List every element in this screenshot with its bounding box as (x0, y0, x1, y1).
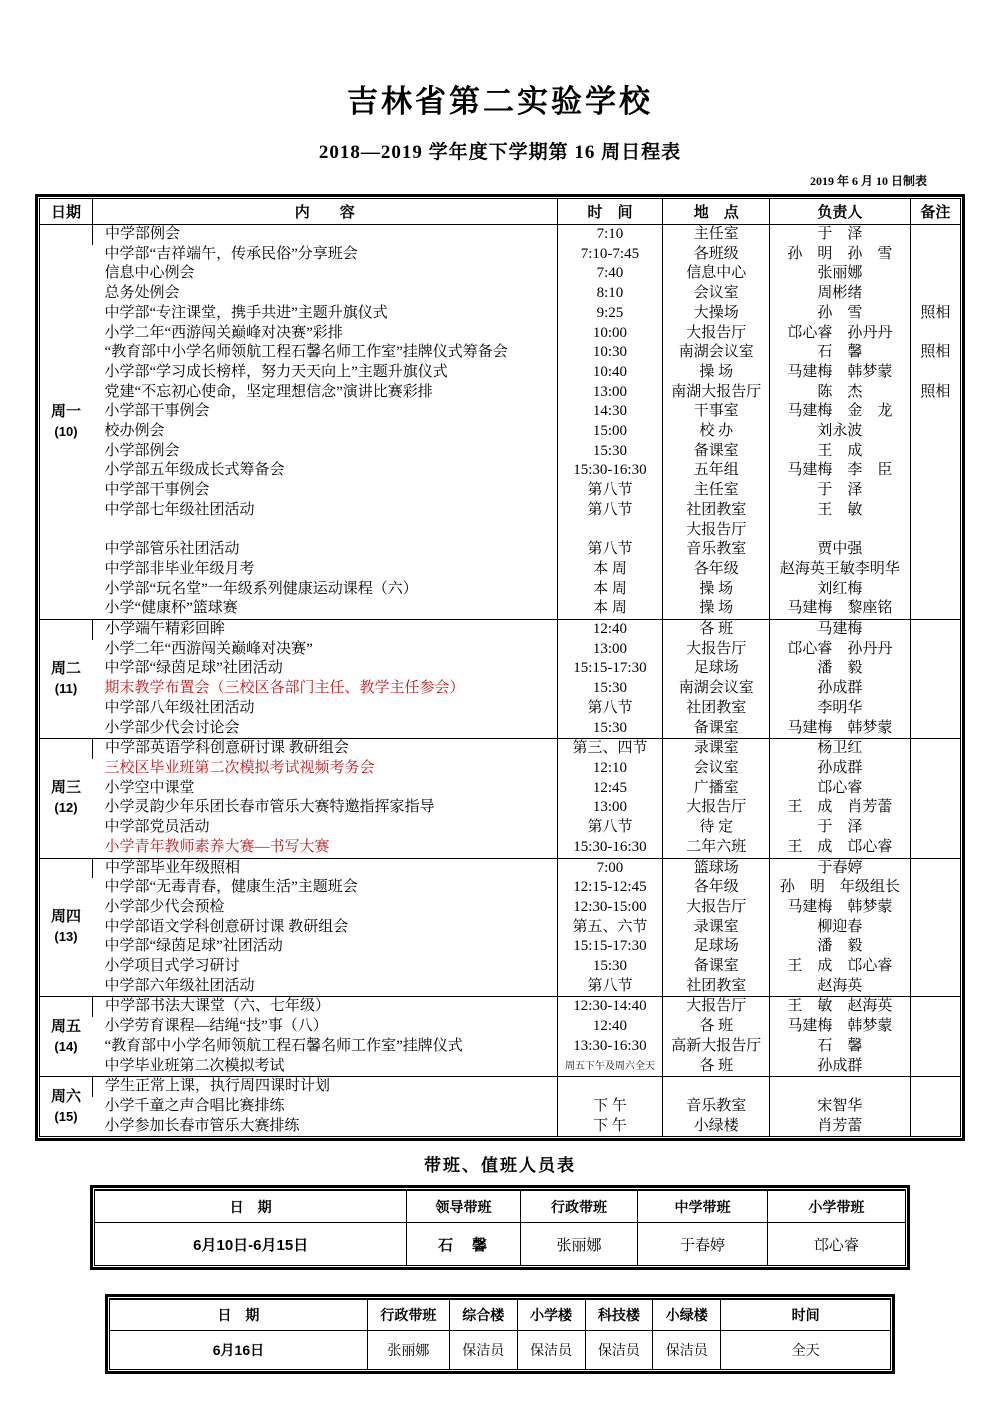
time-cell: 13:30-16:30 (557, 1037, 663, 1057)
note-cell (910, 818, 960, 838)
place-cell: 音乐教室 (663, 1097, 770, 1117)
place-cell: 干事室 (663, 402, 770, 422)
schedule-subtitle: 2018—2019 学年度下学期第 16 周日程表 (0, 137, 1000, 164)
content-cell: 中学部管乐社团活动 (92, 540, 557, 560)
place-cell: 校 办 (663, 422, 770, 442)
content-cell: 学生正常上课，执行周四课时计划 (92, 1077, 557, 1097)
day-cell: 周五(14) (40, 997, 92, 1077)
place-cell: 大报告厅 (663, 324, 770, 344)
place-cell: 大报告厅 (663, 898, 770, 918)
day-group: 周四(13)中学部毕业年级照相7:00篮球场于春婷中学部“无毒青春，健康生活”主… (40, 858, 960, 997)
note-cell (910, 1077, 960, 1097)
time-cell: 第八节 (557, 977, 663, 997)
column-header: 科技楼 (585, 1300, 653, 1331)
day-label: 周六 (40, 1087, 92, 1107)
column-header: 负责人 (770, 199, 911, 225)
day-group: 周二(11)小学端午精彩回眸12:40各 班马建梅小学二年“西游闯关巅峰对决赛”… (40, 620, 960, 739)
place-cell: 各 班 (663, 1057, 770, 1077)
note-cell (910, 461, 960, 481)
content-cell: 中学部例会 (92, 225, 557, 245)
time-cell: 本 周 (557, 599, 663, 619)
content-cell: 小学部五年级成长式筹备会 (92, 461, 557, 481)
place-cell: 会议室 (663, 284, 770, 304)
person-cell: 王 成 邙心睿 (770, 838, 911, 858)
note-cell (910, 599, 960, 619)
time-cell: 第八节 (557, 699, 663, 719)
person-cell: 刘红梅 (770, 580, 911, 600)
schedule-row: 小学“健康杯”篮球赛本 周操 场马建梅 黎座铭 (40, 599, 960, 619)
schedule-row: 小学部“学习成长榜样，努力天天向上”主题升旗仪式10:40操 场马建梅 韩梦蒙 (40, 363, 960, 383)
column-header: 时间 (721, 1300, 890, 1331)
time-cell: 15:30 (557, 679, 663, 699)
schedule-row: 中学部“无毒青春，健康生活”主题班会12:15-12:45各年级孙 明 年级组长 (40, 878, 960, 898)
note-cell (910, 540, 960, 560)
schedule-row: 总务处例会8:10会议室周彬绪 (40, 284, 960, 304)
schedule-row: 周三(12)中学部英语学科创意研讨课 教研组会第三、四节录课室杨卫红 (40, 739, 960, 759)
place-cell: 足球场 (663, 659, 770, 679)
schedule-row: 周四(13)中学部毕业年级照相7:00篮球场于春婷 (40, 858, 960, 878)
day-cell: 周三(12) (40, 739, 92, 858)
person-cell: 于 泽 (770, 225, 911, 245)
note-cell (910, 679, 960, 699)
person-cell: 马建梅 黎座铭 (770, 599, 911, 619)
content-cell (92, 521, 557, 541)
duty-cell: 于春婷 (638, 1223, 768, 1266)
person-cell: 邙心睿 孙丹丹 (770, 640, 911, 660)
schedule-row: 信息中心例会7:40信息中心张丽娜 (40, 264, 960, 284)
content-cell: 小学参加长春市管乐大赛排练 (92, 1117, 557, 1137)
schedule-row: “教育部中小学名师领航工程石馨名师工作室”挂牌仪式13:30-16:30高新大报… (40, 1037, 960, 1057)
place-cell: 音乐教室 (663, 540, 770, 560)
note-cell (910, 1097, 960, 1117)
content-cell: 中学毕业班第二次模拟考试 (92, 1057, 557, 1077)
schedule-row: 大报告厅 (40, 521, 960, 541)
schedule-row: 党建“不忘初心使命，坚定理想信念”演讲比赛彩排13:00南湖大报告厅陈 杰照相 (40, 383, 960, 403)
schedule-row: 中学部管乐社团活动第八节音乐教室贾中强 (40, 540, 960, 560)
schedule-row: 周六(15)学生正常上课，执行周四课时计划 (40, 1077, 960, 1097)
column-header: 行政带班 (520, 1191, 637, 1223)
schedule-row: 小学部五年级成长式筹备会15:30-16:30五年组马建梅 李 臣 (40, 461, 960, 481)
place-cell: 南湖会议室 (663, 679, 770, 699)
content-cell: 中学部“吉祥端午，传承民俗”分享班会 (92, 245, 557, 265)
duty-cell: 保洁员 (517, 1331, 585, 1370)
schedule-row: 小学二年“西游闯关巅峰对决赛”彩排10:00大报告厅邙心睿 孙丹丹 (40, 324, 960, 344)
time-cell: 本 周 (557, 580, 663, 600)
duty-cell: 石 馨 (407, 1223, 520, 1266)
time-cell: 7:10-7:45 (557, 245, 663, 265)
day-cell: 周二(11) (40, 620, 92, 739)
duty-data-row: 6月10日-6月15日石 馨张丽娜于春婷邙心睿 (95, 1223, 905, 1266)
time-cell: 第八节 (557, 481, 663, 501)
place-cell: 足球场 (663, 937, 770, 957)
time-cell: 10:30 (557, 343, 663, 363)
time-cell: 13:00 (557, 798, 663, 818)
column-header: 内 容 (92, 199, 557, 225)
day-label: 周三 (40, 778, 92, 798)
note-cell (910, 719, 960, 739)
place-cell: 录课室 (663, 739, 770, 759)
note-cell (910, 442, 960, 462)
duty-header-row: 日 期领导带班行政带班中学带班小学带班 (95, 1191, 905, 1223)
content-cell: 中学部八年级社团活动 (92, 699, 557, 719)
place-cell: 备课室 (663, 719, 770, 739)
column-header: 小学楼 (517, 1300, 585, 1331)
place-cell: 社团教室 (663, 501, 770, 521)
compile-date-note: 2019 年 6 月 10 日制表 (35, 172, 965, 189)
note-cell (910, 1037, 960, 1057)
place-cell: 各 班 (663, 1017, 770, 1037)
time-cell: 第八节 (557, 501, 663, 521)
day-group: 周五(14)中学部书法大课堂（六、七年级）12:30-14:40大报告厅王 敏 … (40, 997, 960, 1077)
time-cell: 15:30 (557, 957, 663, 977)
content-cell: 中学部语文学科创意研讨课 教研组会 (92, 918, 557, 938)
schedule-row: 小学千童之声合唱比赛排练下 午音乐教室宋智华 (40, 1097, 960, 1117)
place-cell: 社团教室 (663, 699, 770, 719)
content-cell: 期末教学布置会（三校区各部门主任、教学主任参会） (92, 679, 557, 699)
note-cell (910, 1017, 960, 1037)
time-cell: 15:30 (557, 442, 663, 462)
place-cell: 会议室 (663, 759, 770, 779)
time-cell: 10:40 (557, 363, 663, 383)
note-cell (910, 918, 960, 938)
content-cell: 小学空中课堂 (92, 779, 557, 799)
column-header: 小学带班 (767, 1191, 905, 1223)
person-cell: 肖芳蕾 (770, 1117, 911, 1137)
person-cell: 王 成 (770, 442, 911, 462)
time-cell: 7:00 (557, 858, 663, 878)
note-cell: 照相 (910, 343, 960, 363)
column-header: 日 期 (95, 1191, 407, 1223)
content-cell: 中学部毕业年级照相 (92, 858, 557, 878)
content-cell: 小学劳育课程—结绳“技”事（八） (92, 1017, 557, 1037)
person-cell: 周彬绪 (770, 284, 911, 304)
note-cell (910, 481, 960, 501)
person-cell: 于 泽 (770, 481, 911, 501)
schedule-row: 周五(14)中学部书法大课堂（六、七年级）12:30-14:40大报告厅王 敏 … (40, 997, 960, 1017)
time-cell: 12:30-14:40 (557, 997, 663, 1017)
content-cell: 中学部“专注课堂，携手共进”主题升旗仪式 (92, 304, 557, 324)
content-cell: 中学部六年级社团活动 (92, 977, 557, 997)
time-cell: 9:25 (557, 304, 663, 324)
note-cell: 照相 (910, 304, 960, 324)
person-cell: 马建梅 韩梦蒙 (770, 1017, 911, 1037)
schedule-row: 中学部非毕业年级月考本 周各年级赵海英王敏李明华 (40, 560, 960, 580)
day-label: 周五 (40, 1017, 92, 1037)
column-header: 日期 (40, 199, 92, 225)
person-cell: 马建梅 李 臣 (770, 461, 911, 481)
day-label: 周二 (40, 659, 92, 679)
place-cell: 篮球场 (663, 858, 770, 878)
person-cell (770, 1077, 911, 1097)
note-cell (910, 779, 960, 799)
note-cell (910, 225, 960, 245)
content-cell: 中学部非毕业年级月考 (92, 560, 557, 580)
place-cell: 各班级 (663, 245, 770, 265)
time-cell: 7:40 (557, 264, 663, 284)
place-cell: 大报告厅 (663, 521, 770, 541)
column-header: 行政带班 (367, 1300, 449, 1331)
person-cell: 刘永波 (770, 422, 911, 442)
place-cell: 小绿楼 (663, 1117, 770, 1137)
duty-cell: 保洁员 (449, 1331, 517, 1370)
schedule-row: 中学部六年级社团活动第八节社团教室赵海英 (40, 977, 960, 997)
note-cell (910, 977, 960, 997)
duty-table-title: 带班、值班人员表 (0, 1151, 1000, 1176)
place-cell (663, 1077, 770, 1097)
person-cell: 马建梅 韩梦蒙 (770, 363, 911, 383)
time-cell: 12:30-15:00 (557, 898, 663, 918)
note-cell (910, 898, 960, 918)
place-cell: 录课室 (663, 918, 770, 938)
time-cell: 周五下午及周六全天 (557, 1057, 663, 1077)
time-cell: 本 周 (557, 560, 663, 580)
place-cell: 主任室 (663, 225, 770, 245)
person-cell: 于春婷 (770, 858, 911, 878)
content-cell: 三校区毕业班第二次模拟考试视频考务会 (92, 759, 557, 779)
schedule-row: 小学部少代会讨论会15:30备课室马建梅 韩梦蒙 (40, 719, 960, 739)
time-cell: 13:00 (557, 383, 663, 403)
place-cell: 南湖会议室 (663, 343, 770, 363)
note-cell (910, 699, 960, 719)
duty-cell: 保洁员 (585, 1331, 653, 1370)
column-header: 领导带班 (407, 1191, 520, 1223)
note-cell (910, 640, 960, 660)
schedule-row: 中学部干事例会第八节主任室于 泽 (40, 481, 960, 501)
person-cell: 孙 雪 (770, 304, 911, 324)
schedule-row: 期末教学布置会（三校区各部门主任、教学主任参会）15:30南湖会议室孙成群 (40, 679, 960, 699)
place-cell: 各 班 (663, 620, 770, 640)
person-cell: 孙成群 (770, 1057, 911, 1077)
person-cell: 马建梅 韩梦蒙 (770, 719, 911, 739)
note-cell (910, 937, 960, 957)
schedule-row: 小学空中课堂12:45广播室邙心睿 (40, 779, 960, 799)
content-cell: 小学部“玩名堂”一年级系列健康运动课程（六） (92, 580, 557, 600)
duty-cell: 保洁员 (653, 1331, 721, 1370)
school-title: 吉林省第二实验学校 (0, 0, 1000, 121)
place-cell: 大报告厅 (663, 997, 770, 1017)
content-cell: 党建“不忘初心使命，坚定理想信念”演讲比赛彩排 (92, 383, 557, 403)
schedule-row: 小学部干事例会14:30干事室马建梅 金 龙 (40, 402, 960, 422)
schedule-row: 中学部党员活动第八节待 定于 泽 (40, 818, 960, 838)
time-cell (557, 521, 663, 541)
schedule-row: 中学部七年级社团活动第八节社团教室王 敏 (40, 501, 960, 521)
note-cell (910, 1117, 960, 1137)
schedule-row: 小学参加长春市管乐大赛排练下 午小绿楼肖芳蕾 (40, 1117, 960, 1137)
place-cell: 南湖大报告厅 (663, 383, 770, 403)
day-group: 周六(15)学生正常上课，执行周四课时计划小学千童之声合唱比赛排练下 午音乐教室… (40, 1077, 960, 1137)
content-cell: 小学“健康杯”篮球赛 (92, 599, 557, 619)
time-cell: 下 午 (557, 1117, 663, 1137)
time-cell: 15:30-16:30 (557, 461, 663, 481)
content-cell: 小学青年教师素养大赛—书写大赛 (92, 838, 557, 858)
time-cell: 第八节 (557, 818, 663, 838)
person-cell: 王 敏 赵海英 (770, 997, 911, 1017)
time-cell: 15:30-16:30 (557, 838, 663, 858)
time-cell: 7:10 (557, 225, 663, 245)
content-cell: 中学部“无毒青春，健康生活”主题班会 (92, 878, 557, 898)
day-cell: 周四(13) (40, 858, 92, 997)
duty-header-row: 日 期行政带班综合楼小学楼科技楼小绿楼时间 (110, 1300, 890, 1331)
time-cell: 15:00 (557, 422, 663, 442)
content-cell: 小学灵韵少年乐团长春市管乐大赛特邀指挥家指导 (92, 798, 557, 818)
note-cell (910, 878, 960, 898)
weekly-schedule-section: 日期内 容时 间地 点负责人备注周一(10)中学部例会7:10主任室于 泽中学部… (35, 194, 965, 1141)
place-cell: 操 场 (663, 599, 770, 619)
document-page: 吉林省第二实验学校 2018—2019 学年度下学期第 16 周日程表 2019… (0, 0, 1000, 1414)
person-cell: 张丽娜 (770, 264, 911, 284)
schedule-row: 小学部少代会预检12:30-15:00大报告厅马建梅 韩梦蒙 (40, 898, 960, 918)
day-group: 周三(12)中学部英语学科创意研讨课 教研组会第三、四节录课室杨卫红三校区毕业班… (40, 739, 960, 858)
content-cell: “教育部中小学名师领航工程石馨名师工作室”挂牌仪式筹备会 (92, 343, 557, 363)
day-number: (12) (40, 798, 92, 818)
person-cell: 石 馨 (770, 1037, 911, 1057)
note-cell (910, 245, 960, 265)
duty-section-weekend: 日 期行政带班综合楼小学楼科技楼小绿楼时间6月16日张丽娜保洁员保洁员保洁员保洁… (105, 1294, 895, 1374)
time-cell (557, 1077, 663, 1097)
day-number: (15) (40, 1107, 92, 1127)
column-header: 综合楼 (449, 1300, 517, 1331)
schedule-row: 三校区毕业班第二次模拟考试视频考务会12:10会议室孙成群 (40, 759, 960, 779)
time-cell: 15:15-17:30 (557, 937, 663, 957)
place-cell: 各年级 (663, 560, 770, 580)
content-cell: 小学项目式学习研讨 (92, 957, 557, 977)
content-cell: 小学部例会 (92, 442, 557, 462)
person-cell: 孙成群 (770, 679, 911, 699)
person-cell: 潘 毅 (770, 659, 911, 679)
schedule-row: “教育部中小学名师领航工程石馨名师工作室”挂牌仪式筹备会10:30南湖会议室石 … (40, 343, 960, 363)
day-cell: 周六(15) (40, 1077, 92, 1137)
duty-table-1: 日 期领导带班行政带班中学带班小学带班6月10日-6月15日石 馨张丽娜于春婷邙… (95, 1190, 905, 1265)
time-cell: 12:40 (557, 620, 663, 640)
time-cell: 12:45 (557, 779, 663, 799)
schedule-row: 周一(10)中学部例会7:10主任室于 泽 (40, 225, 960, 245)
person-cell: 李明华 (770, 699, 911, 719)
note-cell (910, 759, 960, 779)
content-cell: 中学部英语学科创意研讨课 教研组会 (92, 739, 557, 759)
content-cell: 信息中心例会 (92, 264, 557, 284)
person-cell: 陈 杰 (770, 383, 911, 403)
place-cell: 大报告厅 (663, 798, 770, 818)
time-cell: 下 午 (557, 1097, 663, 1117)
person-cell: 王 成 肖芳蕾 (770, 798, 911, 818)
person-cell: 赵海英王敏李明华 (770, 560, 911, 580)
content-cell: 中学部书法大课堂（六、七年级） (92, 997, 557, 1017)
note-cell (910, 264, 960, 284)
place-cell: 备课室 (663, 957, 770, 977)
place-cell: 二年六班 (663, 838, 770, 858)
note-cell (910, 324, 960, 344)
duty-cell: 6月10日-6月15日 (95, 1223, 407, 1266)
time-cell: 12:10 (557, 759, 663, 779)
day-number: (10) (40, 422, 92, 442)
content-cell: 小学端午精彩回眸 (92, 620, 557, 640)
note-cell: 照相 (910, 383, 960, 403)
person-cell: 石 馨 (770, 343, 911, 363)
person-cell: 贾中强 (770, 540, 911, 560)
place-cell: 操 场 (663, 580, 770, 600)
duty-cell: 6月16日 (110, 1331, 367, 1370)
note-cell (910, 1057, 960, 1077)
note-cell (910, 284, 960, 304)
note-cell (910, 363, 960, 383)
day-group: 周一(10)中学部例会7:10主任室于 泽中学部“吉祥端午，传承民俗”分享班会7… (40, 225, 960, 620)
content-cell: 小学二年“西游闯关巅峰对决赛” (92, 640, 557, 660)
place-cell: 大操场 (663, 304, 770, 324)
content-cell: 小学二年“西游闯关巅峰对决赛”彩排 (92, 324, 557, 344)
duty-cell: 全天 (721, 1331, 890, 1370)
content-cell: 中学部干事例会 (92, 481, 557, 501)
column-header: 中学带班 (638, 1191, 768, 1223)
person-cell: 杨卫红 (770, 739, 911, 759)
person-cell: 宋智华 (770, 1097, 911, 1117)
duty-cell: 张丽娜 (520, 1223, 637, 1266)
content-cell: 小学部少代会讨论会 (92, 719, 557, 739)
schedule-row: 中学部八年级社团活动第八节社团教室李明华 (40, 699, 960, 719)
place-cell: 各年级 (663, 878, 770, 898)
column-header: 日 期 (110, 1300, 367, 1331)
day-label: 周一 (40, 402, 92, 422)
duty-data-row: 6月16日张丽娜保洁员保洁员保洁员保洁员全天 (110, 1331, 890, 1370)
schedule-row: 小学劳育课程—结绳“技”事（八）12:40各 班马建梅 韩梦蒙 (40, 1017, 960, 1037)
content-cell: “教育部中小学名师领航工程石馨名师工作室”挂牌仪式 (92, 1037, 557, 1057)
day-number: (13) (40, 927, 92, 947)
note-cell (910, 521, 960, 541)
place-cell: 待 定 (663, 818, 770, 838)
content-cell: 总务处例会 (92, 284, 557, 304)
person-cell: 赵海英 (770, 977, 911, 997)
time-cell: 12:15-12:45 (557, 878, 663, 898)
content-cell: 小学部“学习成长榜样，努力天天向上”主题升旗仪式 (92, 363, 557, 383)
schedule-row: 小学灵韵少年乐团长春市管乐大赛特邀指挥家指导13:00大报告厅王 成 肖芳蕾 (40, 798, 960, 818)
note-cell (910, 620, 960, 640)
note-cell (910, 580, 960, 600)
schedule-row: 中学部“绿茵足球”社团活动15:15-17:30足球场潘 毅 (40, 659, 960, 679)
person-cell: 孙 明 孙 雪 (770, 245, 911, 265)
note-cell (910, 739, 960, 759)
schedule-row: 中学毕业班第二次模拟考试周五下午及周六全天各 班孙成群 (40, 1057, 960, 1077)
time-cell: 15:30 (557, 719, 663, 739)
duty-section-week: 日 期领导带班行政带班中学带班小学带班6月10日-6月15日石 馨张丽娜于春婷邙… (90, 1185, 910, 1270)
schedule-row: 小学二年“西游闯关巅峰对决赛”13:00大报告厅邙心睿 孙丹丹 (40, 640, 960, 660)
content-cell: 小学部少代会预检 (92, 898, 557, 918)
time-cell: 第三、四节 (557, 739, 663, 759)
person-cell: 邙心睿 孙丹丹 (770, 324, 911, 344)
column-header: 时 间 (557, 199, 663, 225)
day-number: (11) (40, 679, 92, 699)
note-cell (910, 997, 960, 1017)
place-cell: 高新大报告厅 (663, 1037, 770, 1057)
duty-cell: 张丽娜 (367, 1331, 449, 1370)
person-cell: 于 泽 (770, 818, 911, 838)
note-cell (910, 798, 960, 818)
schedule-row: 中学部“专注课堂，携手共进”主题升旗仪式9:25大操场孙 雪照相 (40, 304, 960, 324)
time-cell: 14:30 (557, 402, 663, 422)
place-cell: 社团教室 (663, 977, 770, 997)
place-cell: 广播室 (663, 779, 770, 799)
place-cell: 操 场 (663, 363, 770, 383)
content-cell: 校办例会 (92, 422, 557, 442)
schedule-row: 中学部“吉祥端午，传承民俗”分享班会7:10-7:45各班级孙 明 孙 雪 (40, 245, 960, 265)
person-cell: 马建梅 金 龙 (770, 402, 911, 422)
schedule-row: 中学部“绿茵足球”社团活动15:15-17:30足球场潘 毅 (40, 937, 960, 957)
day-number: (14) (40, 1037, 92, 1057)
time-cell: 13:00 (557, 640, 663, 660)
person-cell: 马建梅 韩梦蒙 (770, 898, 911, 918)
time-cell: 8:10 (557, 284, 663, 304)
content-cell: 中学部“绿茵足球”社团活动 (92, 659, 557, 679)
person-cell: 王 敏 (770, 501, 911, 521)
time-cell: 10:00 (557, 324, 663, 344)
